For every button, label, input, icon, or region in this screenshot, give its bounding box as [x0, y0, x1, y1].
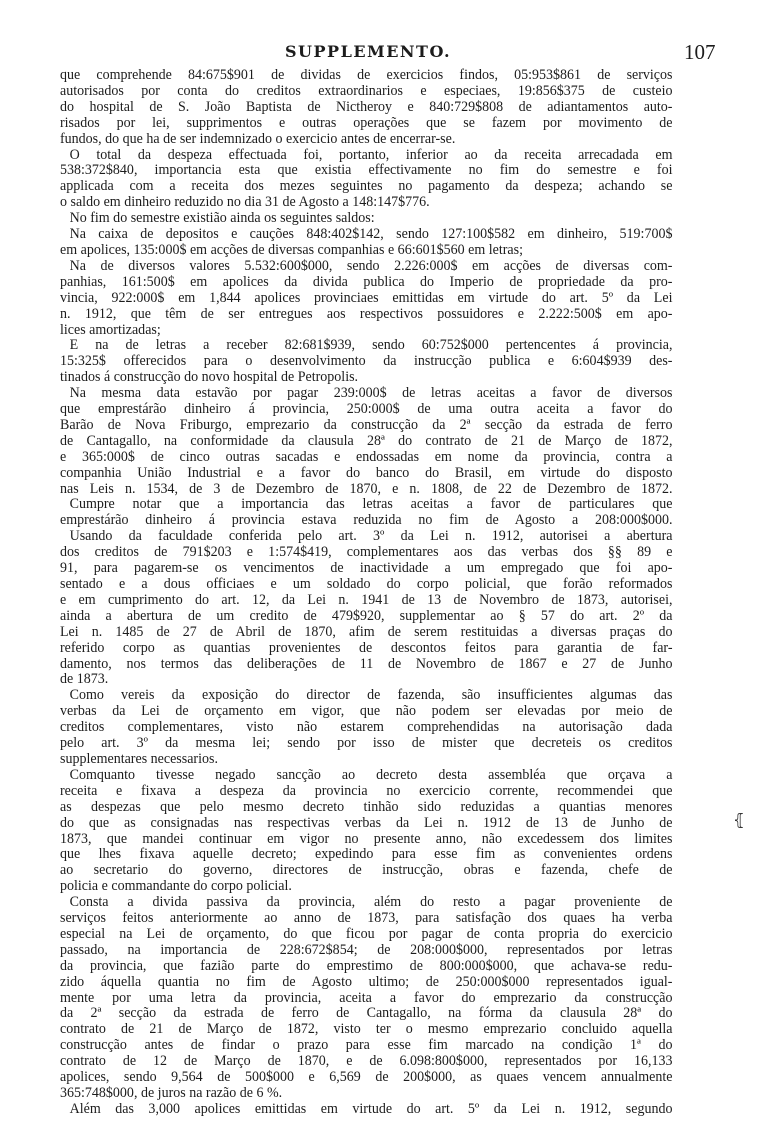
document-page: SUPPLEMENTO. 107 que comprehende 84:675$… [0, 0, 757, 1139]
text-line: receita e fixava a despeza da provincia … [60, 784, 672, 800]
text-line: panhias, 161:500$ em apolices da divida … [60, 275, 672, 291]
text-line: da provincia, que fazião parte do empres… [60, 959, 672, 975]
text-line: as despezas que pelo mesmo decreto tinhã… [60, 800, 672, 816]
text-line: de 1873. [60, 672, 672, 688]
text-line: que emprestárão dinheiro á provincia, 25… [60, 402, 672, 418]
margin-bracket-mark: ⦃ [733, 810, 745, 830]
page-header: SUPPLEMENTO. 107 [0, 42, 757, 66]
text-line: autorisados por conta do creditos extrao… [60, 84, 672, 100]
text-line: vincia, 922:000$ em 1,844 apolices provi… [60, 291, 672, 307]
text-line: zido áquella quantia no fim de Agosto ul… [60, 975, 672, 991]
text-line: Além das 3,000 apolices emittidas em vir… [60, 1102, 672, 1118]
body-text: que comprehende 84:675$901 de dividas de… [60, 68, 672, 1118]
text-line: referido corpo as quantias provenientes … [60, 641, 672, 657]
text-line: creditos complementares, visto não estar… [60, 720, 672, 736]
text-line: 538:372$840, importancia esta que existi… [60, 163, 672, 179]
text-line: da 2ª secção da estrada de ferro de Cant… [60, 1006, 672, 1022]
text-line: Na de diversos valores 5.532:600$000, se… [60, 259, 672, 275]
text-line: 365:748$000, de juros na razão de 6 %. [60, 1086, 672, 1102]
text-line: verbas da Lei de orçamento em vigor, que… [60, 704, 672, 720]
text-line: ao secretario do governo, directores de … [60, 863, 672, 879]
text-line: emprestárão dinheiro á provincia estava … [60, 513, 672, 529]
text-line: o saldo em dinheiro reduzido no dia 31 d… [60, 195, 672, 211]
text-line: Lei n. 1485 de 27 de Abril de 1870, afim… [60, 625, 672, 641]
text-line: contrato de 12 de Março de 1870, e de 6.… [60, 1054, 672, 1070]
text-line: apolices, sendo 9,564 de 500$000 e 6,569… [60, 1070, 672, 1086]
text-line: em apolices, 135:000$ em acções de diver… [60, 243, 672, 259]
text-line: policia e commandante do corpo policial. [60, 879, 672, 895]
text-line: Barão de Nova Friburgo, emprezario da co… [60, 418, 672, 434]
text-line: applicada com a receita dos mezes seguin… [60, 179, 672, 195]
text-line: ainda a abertura de um credito de 479$92… [60, 609, 672, 625]
running-title: SUPPLEMENTO. [285, 42, 451, 61]
text-line: No fim do semestre existião ainda os seg… [60, 211, 672, 227]
text-line: Consta a divida passiva da provincia, al… [60, 895, 672, 911]
text-line: serviços feitos anteriormente ao anno de… [60, 911, 672, 927]
text-line: e 365:000$ de cinco outras sacadas e end… [60, 450, 672, 466]
text-line: n. 1912, que têm de ser entregues aos re… [60, 307, 672, 323]
text-line: 15:325$ offerecidos para o desenvolvimen… [60, 354, 672, 370]
text-line: dos creditos de 791$203 e 1:574$419, com… [60, 545, 672, 561]
text-line: Na caixa de depositos e cauções 848:402$… [60, 227, 672, 243]
text-line: pelo art. 3º da mesma lei; sendo por iss… [60, 736, 672, 752]
text-line: E na de letras a receber 82:681$939, sen… [60, 338, 672, 354]
text-line: risados por lei, supprimentos e outras o… [60, 116, 672, 132]
text-line: Usando da faculdade conferida pelo art. … [60, 529, 672, 545]
text-line: contrato de 21 de Março de 1872, visto t… [60, 1022, 672, 1038]
text-line: e em cumprimento do art. 12, da Lei n. 1… [60, 593, 672, 609]
text-line: fundos, do que ha de ser indemnizado o e… [60, 132, 672, 148]
text-line: lices amortizadas; [60, 323, 672, 339]
text-line: supplementares necessarios. [60, 752, 672, 768]
text-line: especial na Lei de orçamento, do que fic… [60, 927, 672, 943]
text-line: que comprehende 84:675$901 de dividas de… [60, 68, 672, 84]
text-line: nas Leis n. 1534, de 3 de Dezembro de 18… [60, 482, 672, 498]
text-line: Cumpre notar que a importancia das letra… [60, 497, 672, 513]
text-line: Como vereis da exposição do director de … [60, 688, 672, 704]
text-line: que lhes fixava aquelle decreto; expedin… [60, 847, 672, 863]
text-line: de Cantagallo, na conformidade da clausu… [60, 434, 672, 450]
text-line: 91, para pagarem-se os vencimentos de in… [60, 561, 672, 577]
text-line: 1873, que mandei continuar em vigor no p… [60, 832, 672, 848]
text-line: damento, nos termos das deliberações de … [60, 657, 672, 673]
text-line: Na mesma data estavão por pagar 239:000$… [60, 386, 672, 402]
text-line: tinados á construcção do novo hospital d… [60, 370, 672, 386]
text-line: O total da despeza effectuada foi, porta… [60, 148, 672, 164]
text-line: sentado e a dous officiaes e um soldado … [60, 577, 672, 593]
page-number: 107 [684, 40, 716, 65]
text-line: do hospital de S. João Baptista de Nicth… [60, 100, 672, 116]
text-line: do que as consignadas nas respectivas ve… [60, 816, 672, 832]
text-line: mente por uma letra da provincia, aceita… [60, 991, 672, 1007]
text-line: construcção antes de findar o prazo para… [60, 1038, 672, 1054]
text-line: Comquanto tivesse negado sancção ao decr… [60, 768, 672, 784]
text-line: passado, na importancia de 228:672$854; … [60, 943, 672, 959]
text-line: companhia União Industrial e a favor do … [60, 466, 672, 482]
